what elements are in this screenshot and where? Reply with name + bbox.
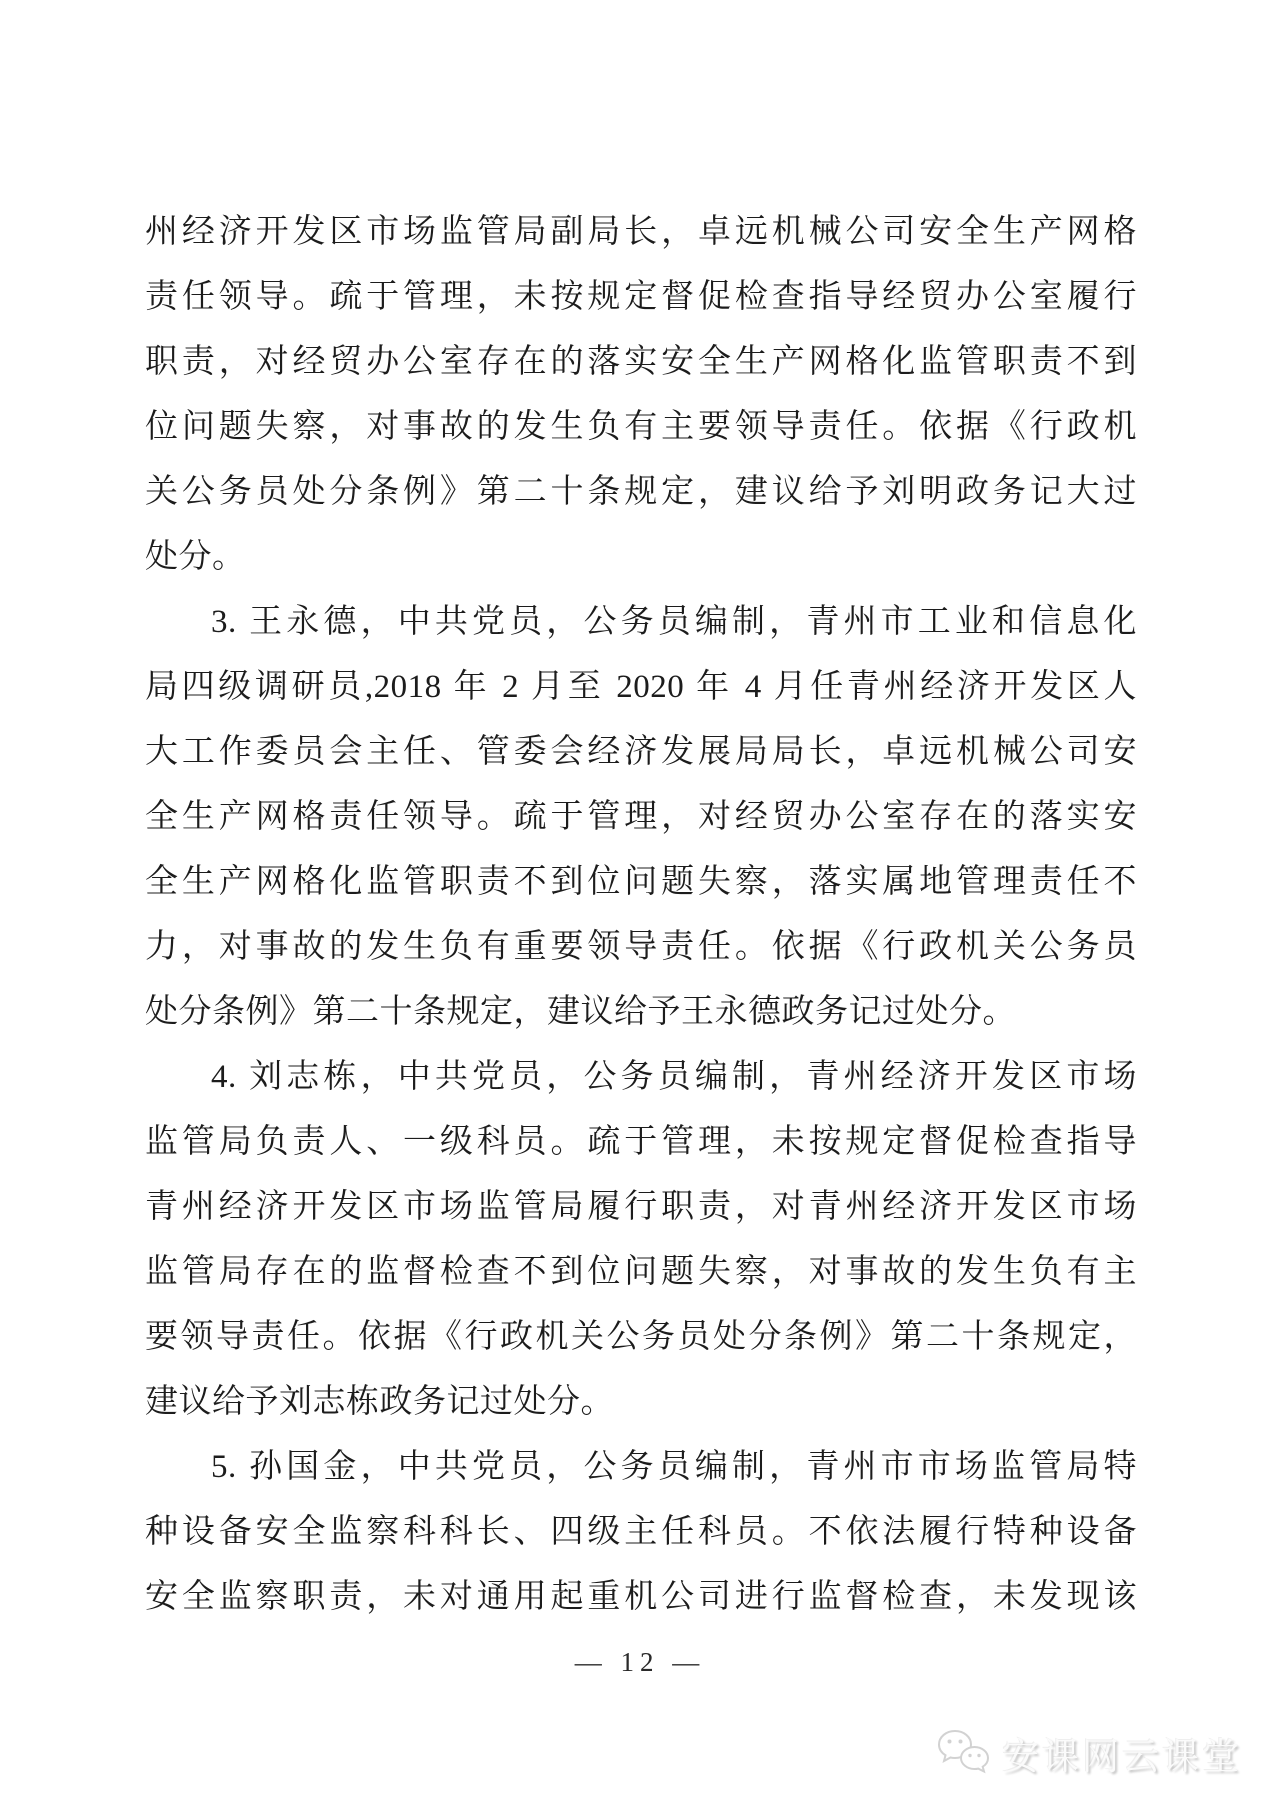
text-line: 要领导责任。依据《行政机关公务员处分条例》第二十条规定， xyxy=(145,1305,1137,1370)
text-line: 全生产网格责任领导。疏于管理，对经贸办公室存在的落实安 xyxy=(145,785,1137,850)
paragraph: 3. 王永德，中共党员，公务员编制，青州市工业和信息化局四级调研员,2018 年… xyxy=(145,590,1137,1045)
text-line: 责任领导。疏于管理，未按规定督促检查指导经贸办公室履行 xyxy=(145,265,1137,330)
text-line: 关公务员处分条例》第二十条规定，建议给予刘明政务记大过 xyxy=(145,460,1137,525)
text-line: 青州经济开发区市场监管局履行职责，对青州经济开发区市场 xyxy=(145,1175,1137,1240)
page-number: — 12 — xyxy=(0,1645,1280,1679)
text-line: 处分条例》第二十条规定，建议给予王永德政务记过处分。 xyxy=(145,980,1137,1045)
text-line: 州经济开发区市场监管局副局长，卓远机械公司安全生产网格 xyxy=(145,200,1137,265)
chat-bubbles-icon xyxy=(934,1727,992,1779)
text-line: 处分。 xyxy=(145,525,1137,590)
text-line: 安全监察职责，未对通用起重机公司进行监督检查，未发现该 xyxy=(145,1565,1137,1630)
text-line: 监管局负责人、一级科员。疏于管理，未按规定督促检查指导 xyxy=(145,1110,1137,1175)
text-line: 4. 刘志栋，中共党员，公务员编制，青州经济开发区市场 xyxy=(145,1045,1137,1110)
text-line: 监管局存在的监督检查不到位问题失察，对事故的发生负有主 xyxy=(145,1240,1137,1305)
paragraph: 州经济开发区市场监管局副局长，卓远机械公司安全生产网格责任领导。疏于管理，未按规… xyxy=(145,200,1137,590)
document-page: 州经济开发区市场监管局副局长，卓远机械公司安全生产网格责任领导。疏于管理，未按规… xyxy=(0,0,1280,1810)
text-line: 3. 王永德，中共党员，公务员编制，青州市工业和信息化 xyxy=(145,590,1137,655)
text-line: 5. 孙国金，中共党员，公务员编制，青州市市场监管局特 xyxy=(145,1435,1137,1500)
paragraph: 4. 刘志栋，中共党员，公务员编制，青州经济开发区市场监管局负责人、一级科员。疏… xyxy=(145,1045,1137,1435)
text-line: 力，对事故的发生负有重要领导责任。依据《行政机关公务员 xyxy=(145,915,1137,980)
text-line: 大工作委员会主任、管委会经济发展局局长，卓远机械公司安 xyxy=(145,720,1137,785)
document-body: 州经济开发区市场监管局副局长，卓远机械公司安全生产网格责任领导。疏于管理，未按规… xyxy=(145,200,1137,1630)
text-line: 全生产网格化监管职责不到位问题失察，落实属地管理责任不 xyxy=(145,850,1137,915)
paragraph: 5. 孙国金，中共党员，公务员编制，青州市市场监管局特种设备安全监察科科长、四级… xyxy=(145,1435,1137,1630)
text-line: 建议给予刘志栋政务记过处分。 xyxy=(145,1370,1137,1435)
watermark: 安课网云课堂 xyxy=(934,1726,1242,1780)
text-line: 种设备安全监察科科长、四级主任科员。不依法履行特种设备 xyxy=(145,1500,1137,1565)
text-line: 职责，对经贸办公室存在的落实安全生产网格化监管职责不到 xyxy=(145,330,1137,395)
text-line: 位问题失察，对事故的发生负有主要领导责任。依据《行政机 xyxy=(145,395,1137,460)
text-line: 局四级调研员,2018 年 2 月至 2020 年 4 月任青州经济开发区人 xyxy=(145,655,1137,720)
watermark-text: 安课网云课堂 xyxy=(1002,1726,1242,1780)
